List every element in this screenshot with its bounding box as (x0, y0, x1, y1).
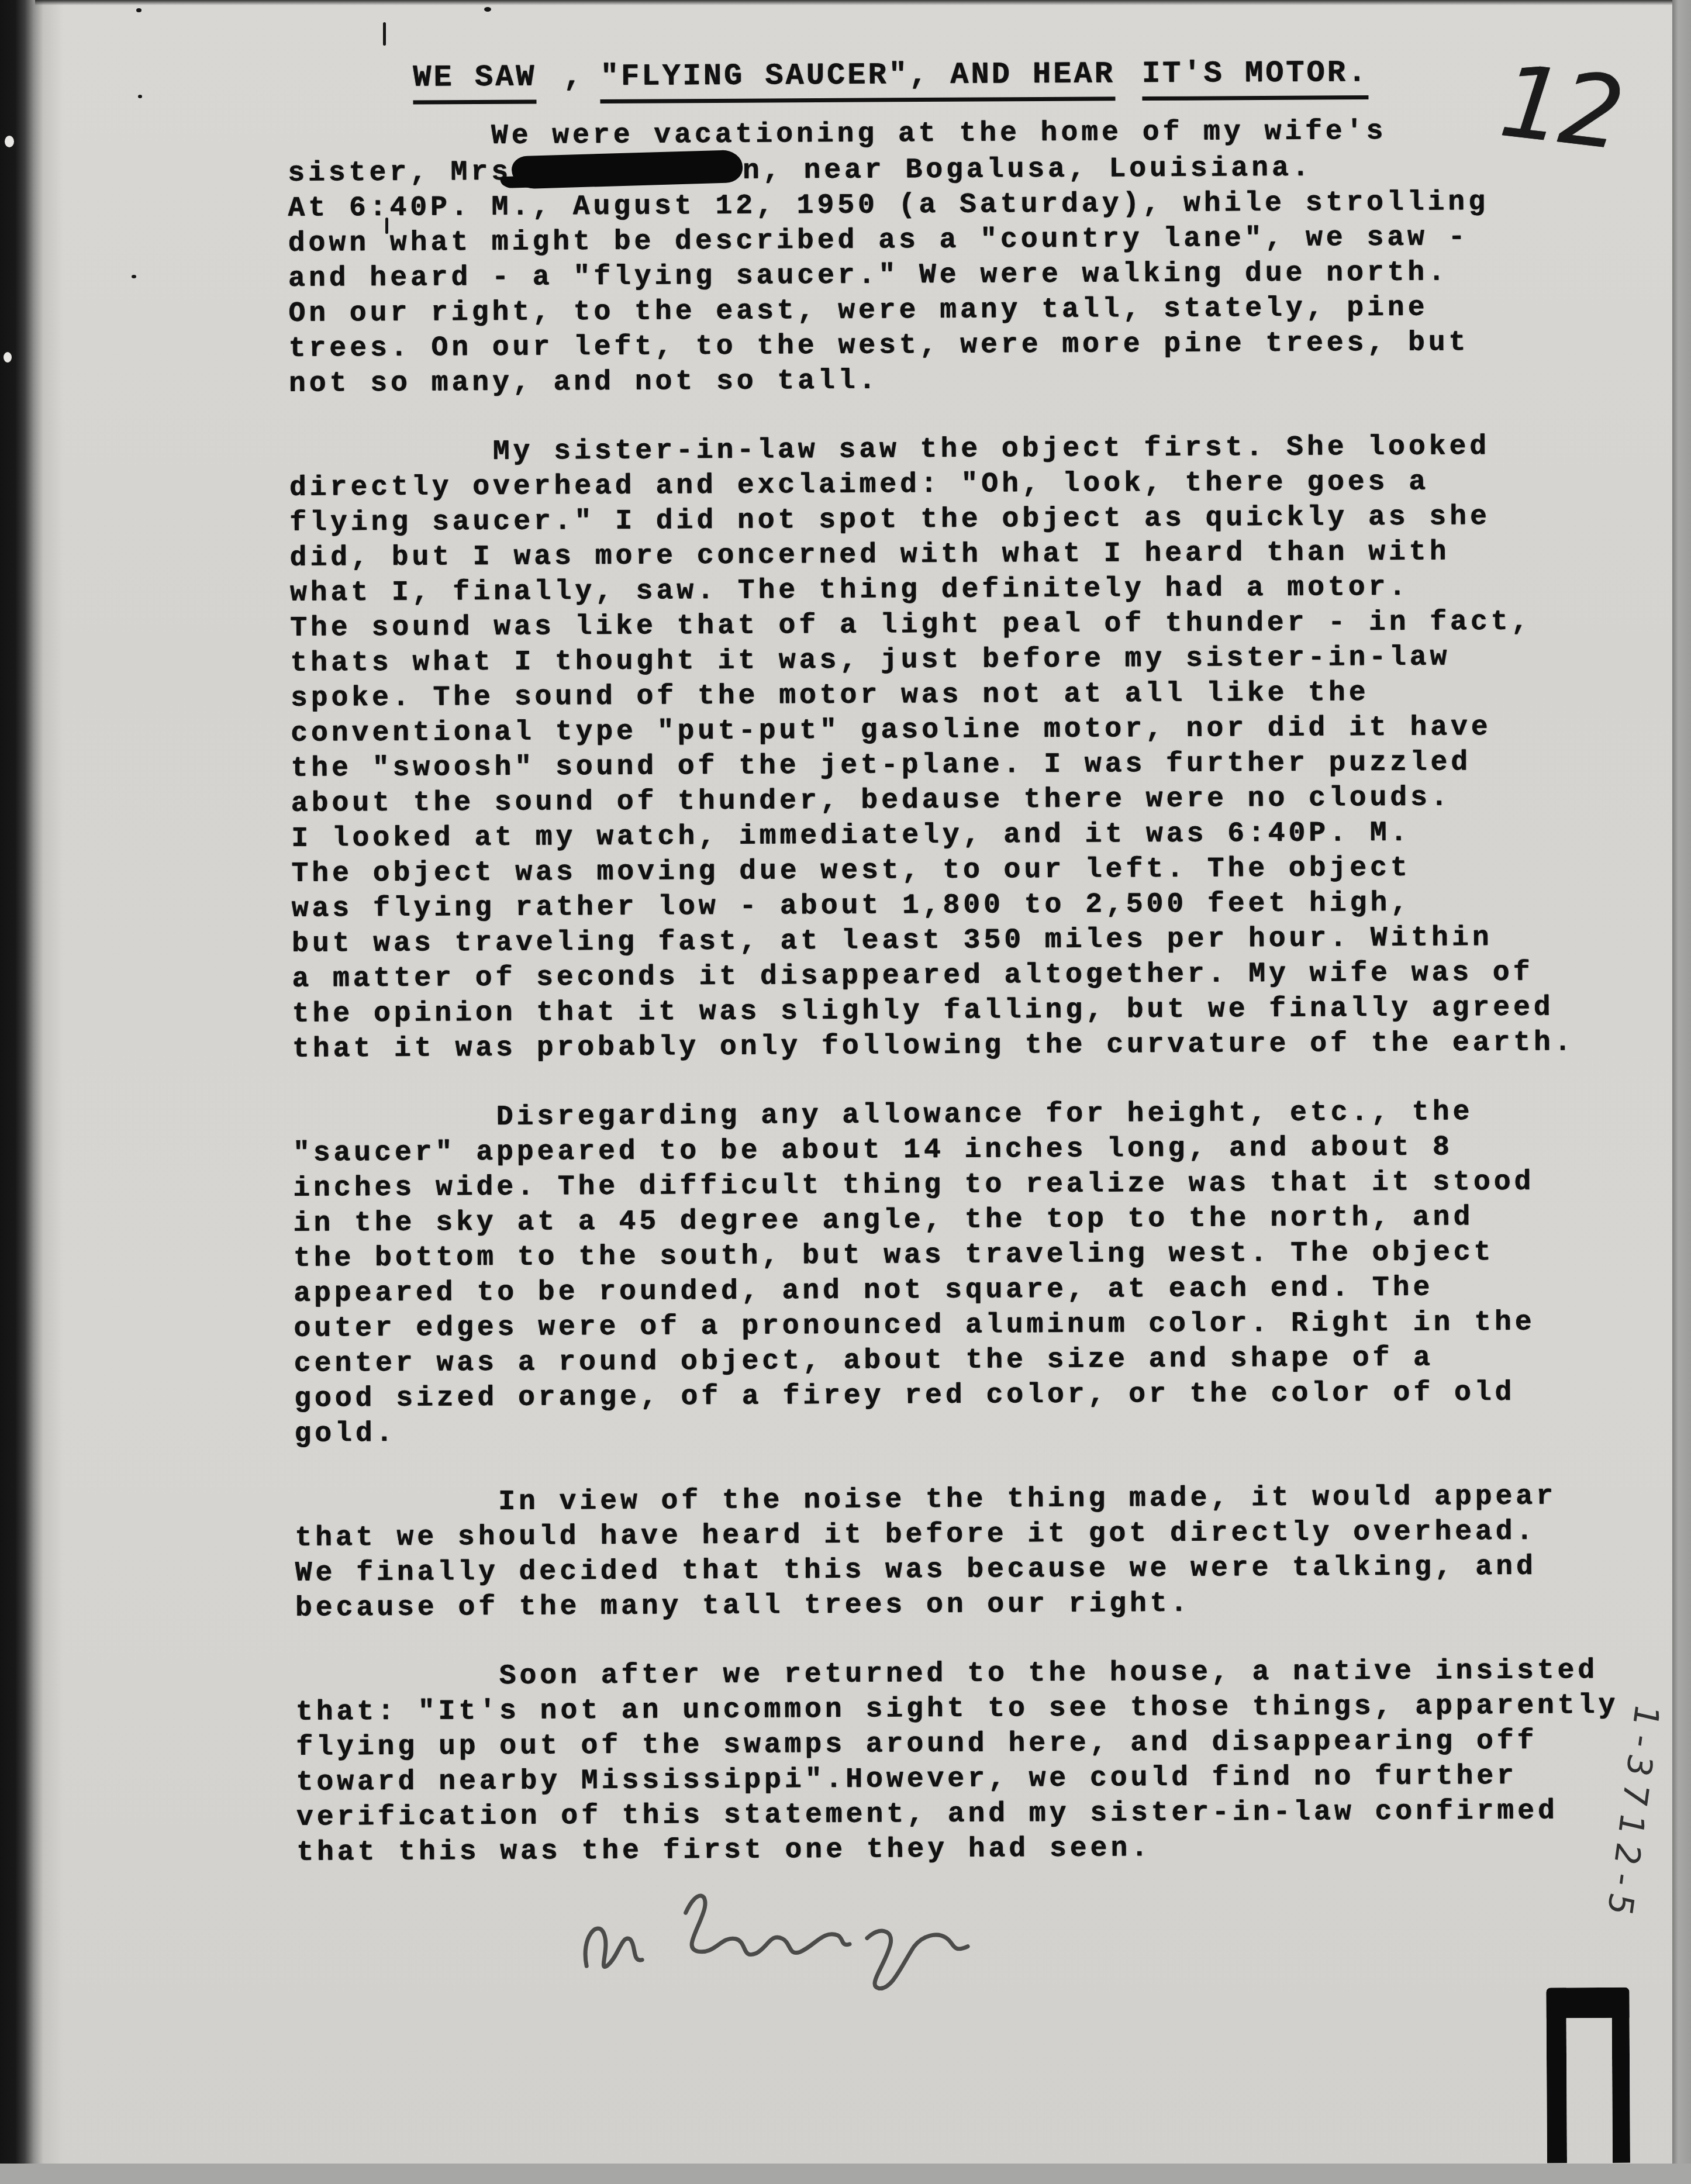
scanned-document-page: 12 WE SAW,"FLYING SAUCER", AND HEARIT'S … (0, 0, 1691, 2184)
paragraph-1-text-after-redaction: n, near Bogalusa, Louisiana. At 6:40P. M… (288, 153, 1489, 400)
paragraph-1: We were vacationing at the home of my wi… (288, 113, 1640, 402)
paragraph-3: Disregarding any allowance for height, e… (292, 1094, 1645, 1452)
document-content: 12 WE SAW,"FLYING SAUCER", AND HEARIT'S … (0, 0, 1691, 2184)
title-underlined-segment: "FLYING SAUCER", AND HEAR (601, 57, 1116, 103)
title-underlined-segment: WE SAW (413, 60, 537, 105)
right-edge-band (1672, 0, 1691, 2184)
document-title: WE SAW,"FLYING SAUCER", AND HEARIT'S MOT… (413, 54, 1638, 96)
paragraph-5: Soon after we returned to the house, a n… (295, 1653, 1647, 1871)
bottom-edge-band (0, 2164, 1691, 2184)
typewritten-text: WE SAW,"FLYING SAUCER", AND HEARIT'S MOT… (287, 54, 1647, 1904)
title-underlined-segment: IT'S MOTOR. (1142, 56, 1369, 101)
title-separator: , (563, 60, 584, 94)
paragraph-2: My sister-in-law saw the object first. S… (289, 429, 1643, 1067)
signature-handwriting (562, 1876, 1007, 1995)
paragraph-4: In view of the noise the thing made, it … (295, 1479, 1646, 1626)
stamp-mark (1546, 1988, 1630, 2164)
redaction-mark (511, 150, 743, 189)
